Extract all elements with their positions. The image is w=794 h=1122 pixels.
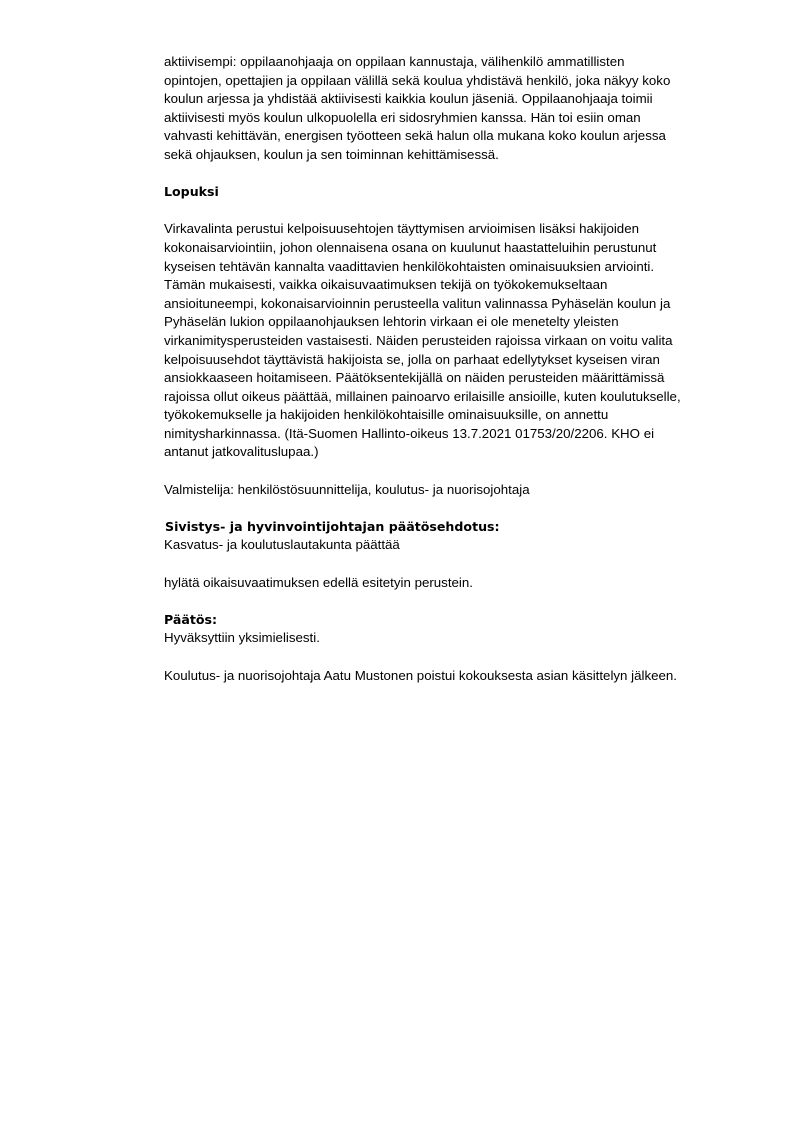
- text-line: ansioituneempi, kokonaisarvioinnin perus…: [164, 295, 744, 314]
- text-line: virkanimitysperusteiden vastaisesti. Näi…: [164, 332, 744, 351]
- text-line: koulun arjessa ja yhdistää aktiivisesti …: [164, 90, 744, 109]
- text-line: vahvasti kehittävän, energisen työotteen…: [164, 127, 744, 146]
- closing-paragraph: Virkavalinta perustui kelpoisuusehtojen …: [164, 220, 744, 462]
- text-line: opintojen, opettajien ja oppilaan välill…: [164, 72, 744, 91]
- text-line: antanut jatkovalituslupaa.): [164, 443, 744, 462]
- text-line: aktiivisesti myös koulun ulkopuolella er…: [164, 109, 744, 128]
- text-line: kelpoisuusehdot täyttävistä hakijoista s…: [164, 351, 744, 370]
- text-line: sekä ohjauksen, koulun ja sen toiminnan …: [164, 146, 744, 165]
- intro-paragraph: aktiivisempi: oppilaanohjaaja on oppilaa…: [164, 53, 744, 165]
- text-line: Virkavalinta perustui kelpoisuusehtojen …: [164, 220, 744, 239]
- text-line: ansiokkaaseen hoitamiseen. Päätöksenteki…: [164, 369, 744, 388]
- closing-note: Koulutus- ja nuorisojohtaja Aatu Mustone…: [164, 667, 744, 686]
- text-line: aktiivisempi: oppilaanohjaaja on oppilaa…: [164, 53, 744, 72]
- text-line: Pyhäselän lukion oppilaanohjauksen lehto…: [164, 313, 744, 332]
- document-page: aktiivisempi: oppilaanohjaaja on oppilaa…: [164, 53, 744, 685]
- proposal-action: hylätä oikaisuvaatimuksen edellä esitety…: [164, 574, 744, 593]
- text-line: nimitysharkinnassa. (Itä-Suomen Hallinto…: [164, 425, 744, 444]
- proposal-heading: Sivistys- ja hyvinvointijohtajan päätöse…: [164, 518, 744, 537]
- text-line: Tämän mukaisesti, vaikka oikaisuvaatimuk…: [164, 276, 744, 295]
- closing-heading: Lopuksi: [164, 183, 744, 202]
- text-line: kyseisen tehtävän kannalta vaadittavien …: [164, 258, 744, 277]
- text-line: kokonaisarviointiin, johon olennaisena o…: [164, 239, 744, 258]
- preparer-line: Valmistelija: henkilöstösuunnittelija, k…: [164, 481, 744, 500]
- text-line: rajoissa ollut oikeus päättää, millainen…: [164, 388, 744, 407]
- decision-heading: Päätös:: [164, 611, 744, 630]
- proposal-body: Kasvatus- ja koulutuslautakunta päättää: [164, 536, 744, 555]
- text-line: työkokemukselle ja hakijoiden henkilökoh…: [164, 406, 744, 425]
- decision-body: Hyväksyttiin yksimielisesti.: [164, 629, 744, 648]
